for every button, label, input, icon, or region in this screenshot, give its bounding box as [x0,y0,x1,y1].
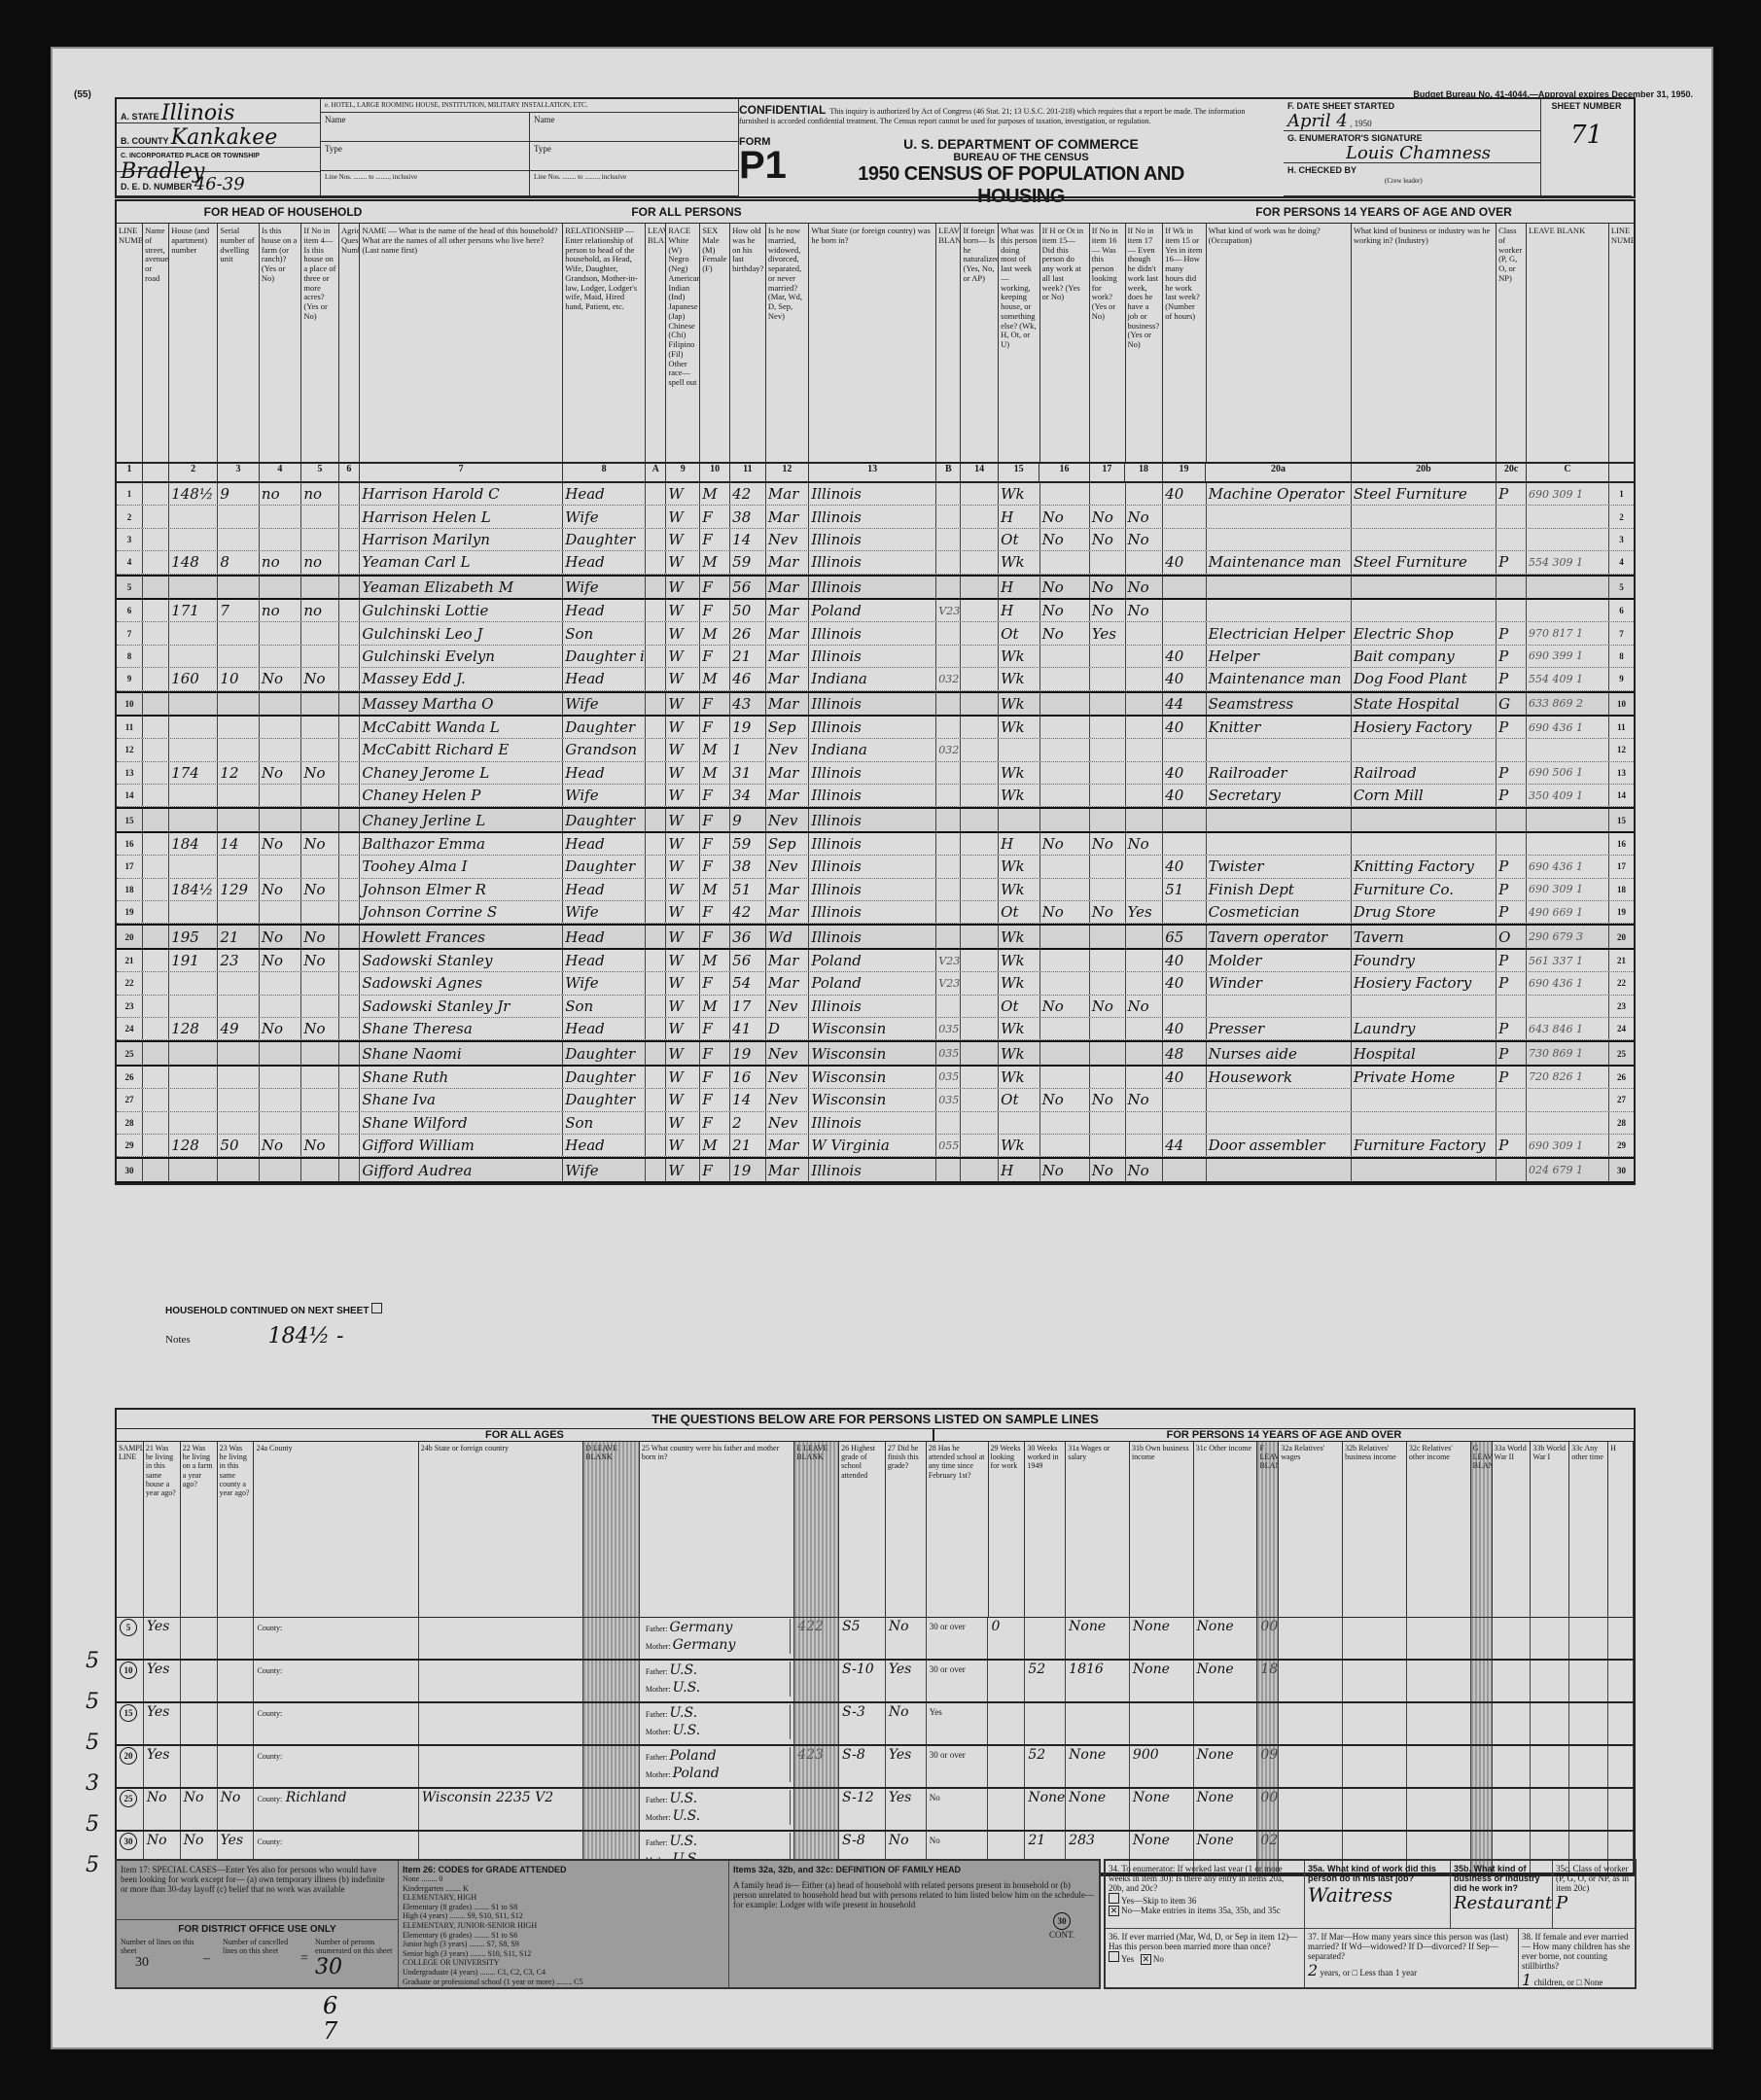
table-row: 916010NoNoMassey Edd J.HeadWM46MarIndian… [117,668,1634,690]
leave-blank-c: 024 679 1 [1527,1159,1609,1180]
sample-finish[interactable]: Yes [886,1661,927,1701]
birthplace: Illinois [809,646,936,667]
farm [260,717,301,738]
age: 19 [730,1042,766,1064]
leave-blank-c: 490 669 1 [1527,901,1609,923]
sample-q31a: 1816 [1066,1661,1130,1701]
age: 14 [730,529,766,550]
age: 17 [730,996,766,1017]
relationship: Wife [563,972,646,994]
county-value: Kankakee [171,125,278,150]
street-name [143,717,169,738]
serial-number: 10 [218,668,260,689]
line-number: 15 [117,809,143,830]
industry: Knitting Factory [1352,856,1497,877]
leave-blank-c [1527,996,1609,1017]
house-number [169,1159,218,1180]
occupation: Molder [1207,950,1352,971]
house-number [169,646,218,667]
line-number: 10 [117,693,143,715]
race: W [666,646,700,667]
has-job: No [1126,996,1164,1017]
street-name [143,972,169,994]
worked: No [1040,529,1090,550]
acres: No [301,668,339,689]
line-number-right: 2 [1609,506,1634,527]
race: W [666,950,700,971]
sample-column-header: 31b Own business income [1130,1442,1194,1617]
age: 54 [730,972,766,994]
line-number-right: 19 [1609,901,1634,923]
leave-blank-c [1527,1089,1609,1110]
industry [1352,529,1497,550]
marital-status: Sep [766,717,809,738]
table-row: 2119123NoNoSadowski StanleyHeadWM56MarPo… [117,950,1634,972]
worked [1040,1112,1090,1134]
sample-column-header: D LEAVE BLANK [583,1442,640,1617]
line-number-right: 11 [1609,717,1634,738]
class-of-worker [1497,1089,1527,1110]
worked: No [1040,506,1090,527]
sample-column-headers: SAMPLE LINE21 Was he living in this same… [117,1442,1634,1618]
sample-finish[interactable]: Yes [886,1746,927,1787]
farm [260,996,301,1017]
house-number: 191 [169,950,218,971]
leave-blank-a [646,950,666,971]
has-job [1126,809,1164,830]
sex: M [700,551,730,573]
sample-row: 5YesCounty: Father: GermanyMother: Germa… [117,1618,1634,1661]
sample-q22[interactable] [181,1661,218,1701]
agri-number [339,950,360,971]
sample-q21[interactable]: Yes [144,1703,181,1744]
q34-no-checkbox[interactable]: ✕ [1109,1906,1119,1916]
activity: Wk [999,1067,1040,1088]
relationship: Daughter [563,809,646,830]
sex: F [700,1067,730,1088]
looking-for-work [1090,551,1126,573]
class-of-worker: P [1497,1067,1527,1088]
q35a-answer: Waitress [1308,1883,1447,1907]
sample-q28[interactable]: No [927,1789,989,1830]
q36: 36. If ever married (Mar, Wd, D, or Sep … [1106,1929,1305,1987]
sample-q28[interactable]: 30 or over [927,1661,989,1701]
class-of-worker: P [1497,785,1527,806]
sample-row: 25NoNoNoCounty: RichlandWisconsin 2235 V… [117,1789,1634,1832]
sample-q23[interactable]: No [218,1789,255,1830]
serial-number: 14 [218,833,260,855]
agri-number [339,1112,360,1134]
sample-column-header: 24b State or foreign country [419,1442,583,1617]
sample-q33c [1569,1789,1608,1830]
birthplace: Illinois [809,833,936,855]
sample-column-header: 22 Was he living on a farm a year ago? [181,1442,218,1617]
activity: Wk [999,785,1040,806]
line-number-right: 29 [1609,1135,1634,1156]
age: 51 [730,879,766,900]
leave-blank-a [646,577,666,598]
sample-q22[interactable]: No [181,1789,218,1830]
sample-rows: 5YesCounty: Father: GermanyMother: Germa… [117,1618,1634,1874]
sample-q23[interactable] [218,1661,255,1701]
race: W [666,879,700,900]
street-name [143,901,169,923]
sample-q31b: None [1130,1618,1194,1659]
leave-blank-c: 554 309 1 [1527,551,1609,573]
has-job: No [1126,600,1164,621]
q35b: 35b. What kind of business or industry d… [1451,1861,1553,1929]
marital-status: Nev [766,1067,809,1088]
sample-q28[interactable]: Yes [927,1703,989,1744]
race: W [666,996,700,1017]
naturalized [961,833,999,855]
age: 56 [730,950,766,971]
line-number-right: 25 [1609,1042,1634,1064]
enumerator-signature: Louis Chamness [1346,143,1491,163]
naturalized [961,668,999,689]
relationship: Daughter [563,529,646,550]
agri-number [339,901,360,923]
street-name [143,1089,169,1110]
leave-blank-a [646,600,666,621]
sample-q28[interactable]: 30 or over [927,1618,989,1659]
marital-status: Nev [766,1042,809,1064]
hotel-lines-1: Line Nos. ........ to ........, inclusiv… [321,171,530,196]
age: 34 [730,785,766,806]
has-job [1126,551,1164,573]
acres [301,809,339,830]
activity: Wk [999,717,1040,738]
house-number [169,856,218,877]
birthplace: Wisconsin [809,1067,936,1088]
sex: F [700,856,730,877]
sample-q23[interactable] [218,1703,255,1744]
table-row: 22Sadowski AgnesWifeWF54MarPolandV23Wk40… [117,972,1634,995]
leave-blank-b [936,506,961,527]
leave-blank-b: 055 [936,1135,961,1156]
class-of-worker: P [1497,950,1527,971]
leave-blank-b [936,996,961,1017]
occupation: Nurses aide [1207,1042,1352,1064]
sample-grade: S-3 [839,1703,886,1744]
farm [260,1089,301,1110]
leave-blank-b: V23 [936,972,961,994]
sample-column-header: 31c Other income [1194,1442,1258,1617]
naturalized [961,622,999,644]
sex: F [700,529,730,550]
sample-margin-mark: 5 [86,1690,99,1714]
looking-for-work [1090,1067,1126,1088]
household-continued-label: HOUSEHOLD CONTINUED ON NEXT SHEET [165,1306,369,1316]
occupation: Tavern operator [1207,926,1352,947]
looking-for-work [1090,668,1126,689]
race: W [666,739,700,760]
activity: Wk [999,926,1040,947]
house-number [169,717,218,738]
sample-q23[interactable] [218,1618,255,1659]
sample-column-header: 28 Has he attended school at any time si… [927,1442,989,1617]
sample-q31a: None [1066,1618,1130,1659]
industry: Furniture Factory [1352,1135,1497,1156]
sample-q21[interactable]: No [144,1789,181,1830]
grade-code: COLLEGE OR UNIVERSITY [403,1958,724,1968]
leave-blank-a [646,483,666,505]
activity [999,809,1040,830]
hours: 40 [1163,668,1206,689]
marital-status: Mar [766,551,809,573]
agri-number [339,717,360,738]
relationship: Daughter [563,1042,646,1064]
hours [1163,1112,1206,1134]
sample-q22[interactable] [181,1618,218,1659]
has-job: Yes [1126,901,1164,923]
marital-status: Wd [766,926,809,947]
sheet-number-box: SHEET NUMBER 71 [1541,99,1632,196]
serial-number [218,717,260,738]
farm [260,1067,301,1088]
table-row: 14Chaney Helen PWifeWF34MarIllinoisWk40S… [117,785,1634,807]
leave-blank-b [936,717,961,738]
grade-code: Undergraduate (4 years) ........ C1, C2,… [403,1968,724,1977]
serial-number [218,809,260,830]
age: 14 [730,1089,766,1110]
looking-for-work [1090,950,1126,971]
line-number-right: 10 [1609,693,1634,715]
leave-blank-b [936,529,961,550]
agri-number [339,972,360,994]
ed-field: d. E. D. NUMBER 46-39 [117,172,321,196]
worked [1040,879,1090,900]
population-table: FOR HEAD OF HOUSEHOLD FOR ALL PERSONS FO… [115,199,1636,1185]
table-row: 19Johnson Corrine SWifeWF42MarIllinoisOt… [117,901,1634,924]
sample-h [1608,1618,1634,1659]
line-number-right: 30 [1609,1159,1634,1180]
agri-number [339,1089,360,1110]
activity: Wk [999,972,1040,994]
person-name: Chaney Jerline L [360,809,563,830]
leave-blank-c: 290 679 3 [1527,926,1609,947]
occupation [1207,529,1352,550]
sex: M [700,668,730,689]
house-number: 174 [169,762,218,784]
line-number-right: 23 [1609,996,1634,1017]
enumerator-field: g. ENUMERATOR'S SIGNATURE Louis Chamness [1284,131,1541,163]
person-name: Johnson Elmer R [360,879,563,900]
class-of-worker: P [1497,483,1527,505]
class-of-worker: P [1497,856,1527,877]
sample-finish[interactable]: No [886,1703,927,1744]
occupation: Twister [1207,856,1352,877]
agri-number [339,668,360,689]
sample-q21[interactable]: Yes [144,1618,181,1659]
marital-status: Mar [766,1135,809,1156]
occupation [1207,577,1352,598]
race: W [666,506,700,527]
class-of-worker: P [1497,551,1527,573]
has-job: No [1126,833,1164,855]
checked-by-field: h. CHECKED BY (Crew leader) [1284,163,1541,196]
has-job: No [1126,529,1164,550]
worked [1040,739,1090,760]
line-number: 18 [117,879,143,900]
relationship: Wife [563,785,646,806]
looking-for-work [1090,1042,1126,1064]
grade-code: Kindergarten ........ K [403,1884,724,1894]
age: 59 [730,551,766,573]
class-of-worker [1497,1112,1527,1134]
industry: Electric Shop [1352,622,1497,644]
hours: 40 [1163,950,1206,971]
leave-blank-c [1527,600,1609,621]
serial-number [218,577,260,598]
sample-grade: S5 [839,1618,886,1659]
sample-column-header: 33c Any other time [1569,1442,1608,1617]
house-number: 184½ [169,879,218,900]
race: W [666,856,700,877]
race: W [666,1018,700,1039]
serial-number [218,739,260,760]
acres [301,506,339,527]
notes-value: 184½ - [268,1324,344,1348]
leave-blank-a [646,622,666,644]
hours: 40 [1163,717,1206,738]
looking-for-work: No [1090,577,1126,598]
worked [1040,717,1090,738]
table-row: 27Shane IvaDaughterWF14NevWisconsin035Ot… [117,1089,1634,1111]
agri-number [339,996,360,1017]
industry: Private Home [1352,1067,1497,1088]
farm [260,901,301,923]
sample-column-header: 32b Relatives' business income [1343,1442,1407,1617]
activity: Ot [999,1089,1040,1110]
grade-code: Graduate or professional school (1 year … [403,1977,724,1987]
worked [1040,483,1090,505]
worked: No [1040,833,1090,855]
sample-q23[interactable] [218,1746,255,1787]
sample-q32c [1407,1746,1471,1787]
looking-for-work [1090,879,1126,900]
street-name [143,879,169,900]
sample-q30 [1025,1618,1066,1659]
sample-finish[interactable]: No [886,1618,927,1659]
race: W [666,622,700,644]
has-job [1126,926,1164,947]
agri-number [339,1159,360,1180]
sex: F [700,600,730,621]
table-row: 1618414NoNoBalthazor EmmaHeadWF59SepIlli… [117,833,1634,856]
sample-q32a [1279,1789,1343,1830]
leave-blank-b [936,809,961,830]
line-number: 20 [117,926,143,947]
marital-status: Mar [766,901,809,923]
house-number: 128 [169,1135,218,1156]
line-number-right: 13 [1609,762,1634,784]
sample-q21[interactable]: Yes [144,1661,181,1701]
sample-q31a: None [1066,1789,1130,1830]
sample-e: 422 [794,1618,839,1659]
leave-blank-b [936,483,961,505]
occupation [1207,1089,1352,1110]
leave-blank-a [646,879,666,900]
sample-state [419,1661,583,1701]
class-of-worker [1497,833,1527,855]
item26-codes: Item 26: CODES for GRADE ATTENDED None .… [399,1861,729,1987]
industry [1352,833,1497,855]
race: W [666,809,700,830]
q36-no-checkbox[interactable]: ✕ [1141,1954,1151,1965]
hours: 40 [1163,1018,1206,1039]
leave-blank-b: 032 [936,668,961,689]
farm [260,1112,301,1134]
naturalized [961,1112,999,1134]
activity: H [999,833,1040,855]
hours [1163,1089,1206,1110]
sample-column-header: 21 Was he living in this same house a ye… [144,1442,181,1617]
sample-q29 [988,1703,1025,1744]
line-number: 25 [117,1042,143,1064]
house-number [169,809,218,830]
household-continued-checkbox[interactable] [371,1303,382,1313]
serial-number [218,856,260,877]
industry: Steel Furniture [1352,483,1497,505]
hours [1163,577,1206,598]
farm: no [260,600,301,621]
line-number: 29 [117,1135,143,1156]
looking-for-work [1090,1135,1126,1156]
activity: Wk [999,1042,1040,1064]
sample-h [1608,1661,1634,1701]
q35c-answer: P [1556,1893,1632,1913]
birthplace: Illinois [809,717,936,738]
leave-blank-a [646,1018,666,1039]
sample-q22[interactable] [181,1746,218,1787]
worked [1040,693,1090,715]
class-of-worker: P [1497,1018,1527,1039]
leave-blank-a [646,996,666,1017]
age: 21 [730,646,766,667]
has-job: No [1126,577,1164,598]
serial-number: 21 [218,926,260,947]
serial-number: 49 [218,1018,260,1039]
sample-parents: Father: GermanyMother: Germany [640,1618,794,1659]
sample-d [583,1703,640,1744]
place-field: c. INCORPORATED PLACE OR TOWNSHIP Bradle… [117,148,321,172]
sample-q29 [988,1789,1025,1830]
sample-q21[interactable]: Yes [144,1746,181,1787]
table-row: 2912850NoNoGifford WilliamHeadWM21MarW V… [117,1135,1634,1157]
looking-for-work [1090,762,1126,784]
sample-q28[interactable]: 30 or over [927,1746,989,1787]
street-name [143,1135,169,1156]
sample-d [583,1789,640,1830]
sample-q22[interactable] [181,1703,218,1744]
sample-margin-mark: 5 [86,1812,99,1837]
line-number: 1 [117,483,143,505]
relationship: Head [563,762,646,784]
sample-finish[interactable]: Yes [886,1789,927,1830]
instructions-panel: Item 17: SPECIAL CASES—Enter Yes also fo… [115,1859,1101,1989]
acres [301,1067,339,1088]
industry: Dog Food Plant [1352,668,1497,689]
street-name [143,809,169,830]
marital-status: Mar [766,483,809,505]
occupation: Finish Dept [1207,879,1352,900]
race: W [666,600,700,621]
age: 26 [730,622,766,644]
agri-number [339,785,360,806]
naturalized [961,693,999,715]
activity: Wk [999,646,1040,667]
